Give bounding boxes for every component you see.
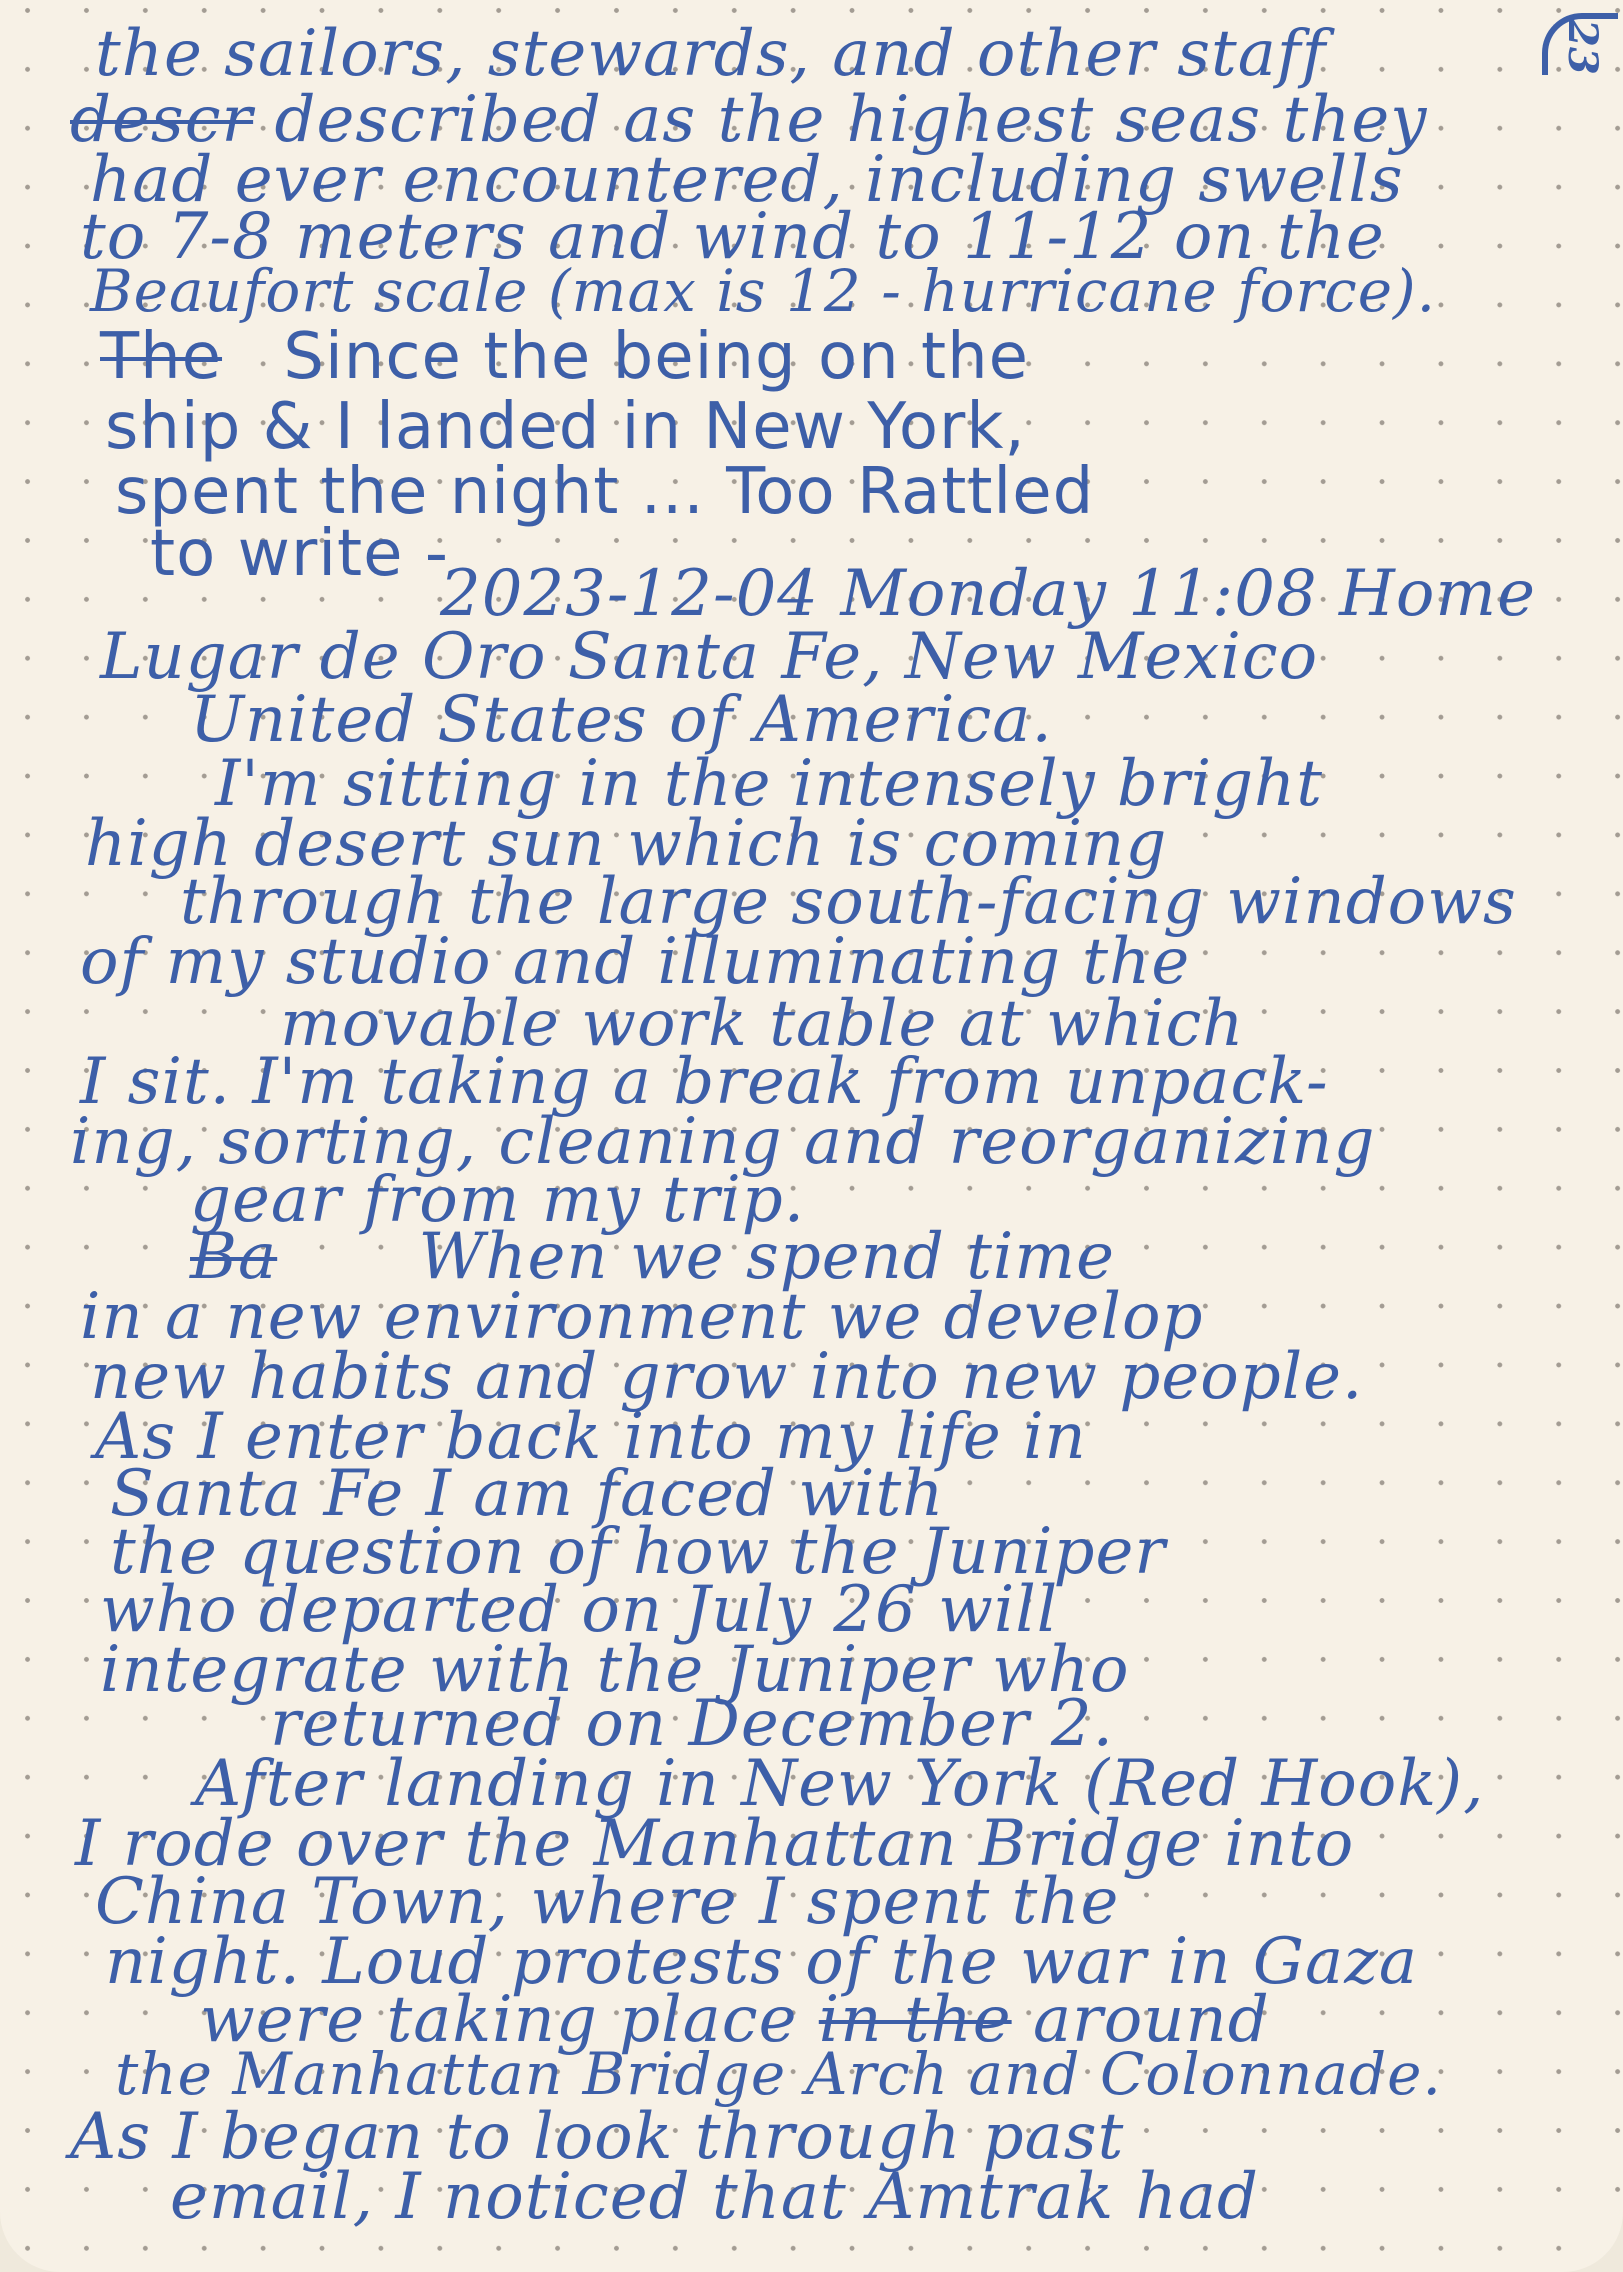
handwritten-line: email, I noticed that Amtrak had <box>170 2165 1259 2229</box>
handwritten-line: to write - <box>150 522 449 586</box>
handwritten-line: The Since the being on the <box>100 325 1029 389</box>
handwritten-line: of my studio and illuminating the <box>80 930 1190 994</box>
entry-location: United States of America. <box>190 688 1053 752</box>
handwritten-line: the sailors, stewards, and other staff <box>95 22 1326 86</box>
page-number: 23 <box>1542 13 1618 75</box>
struck-word: The <box>100 320 222 394</box>
handwritten-line: the Manhattan Bridge Arch and Colonnade. <box>115 2045 1442 2103</box>
entry-location: Lugar de Oro Santa Fe, New Mexico <box>100 625 1318 689</box>
handwritten-line: Beaufort scale (max is 12 - hurricane fo… <box>90 262 1436 320</box>
handwritten-line: ship & I landed in New York, <box>105 395 1026 459</box>
journal-page: 23 the sailors, stewards, and other staf… <box>0 0 1623 2272</box>
entry-date-heading: 2023-12-04 Monday 11:08 Home <box>440 562 1536 626</box>
handwritten-line: spent the night ... Too Rattled <box>115 460 1094 524</box>
